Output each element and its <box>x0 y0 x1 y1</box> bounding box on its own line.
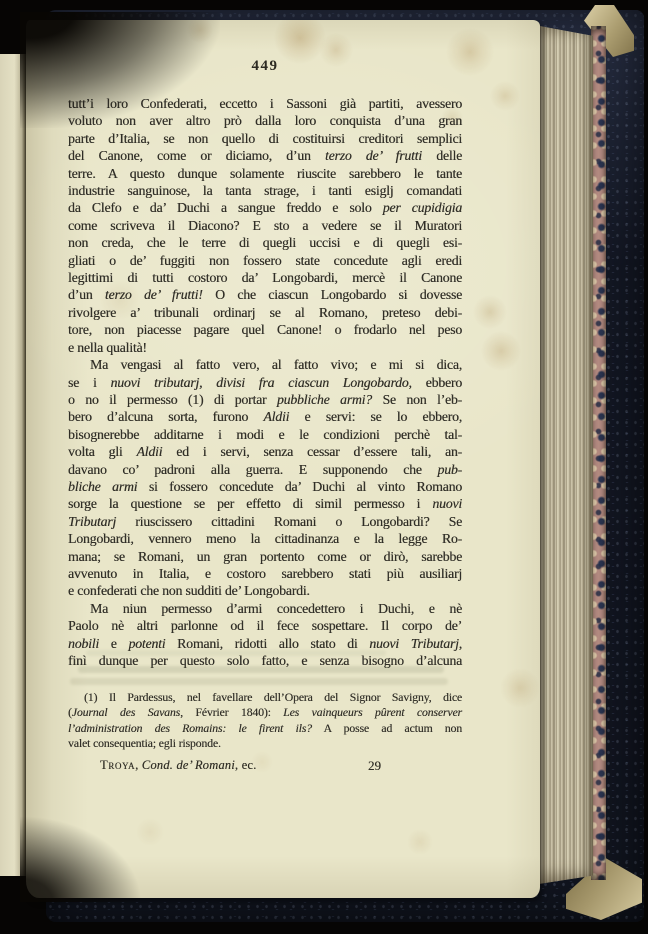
body-text: tutt’i loro Confederati, eccetto i Sasso… <box>68 95 462 669</box>
text-line: del Canone, come or diciamo, d’un terzo … <box>68 147 462 164</box>
text-line: non creda, che le terre di quegli uccisi… <box>68 234 462 251</box>
text-line: volta gli Aldii ed i servi, senza cessar… <box>68 443 462 460</box>
text-line: Longobardi, vennero meno la cittadinanza… <box>68 530 462 547</box>
text-line: tutt’i loro Confederati, eccetto i Sasso… <box>68 95 462 112</box>
page-number: 449 <box>68 58 462 75</box>
book-page: 449 tutt’i loro Confederati, eccetto i S… <box>26 20 540 898</box>
marbled-board-edge <box>591 26 606 880</box>
facing-page-edge <box>0 54 26 876</box>
text-line: d’un terzo de’ frutti! O che ciascun Lon… <box>68 286 462 303</box>
text-line: gliati o de’ fuggiti non fossero state c… <box>68 252 462 269</box>
text-line: legittimi di tutti costoro da’ Longobard… <box>68 269 462 286</box>
text-line: valet consequentia; egli risponde. <box>68 736 462 751</box>
text-line: (Journal des Savans, Février 1840): Les … <box>68 705 462 720</box>
text-line: nobili e potenti Romani, ridotti allo st… <box>68 635 462 652</box>
text-line: o no il permesso (1) di portar pubbliche… <box>68 391 462 408</box>
page-edges-stack <box>537 22 593 886</box>
text-line: Ma niun permesso d’armi concedettero i D… <box>68 600 462 617</box>
showthrough-smudge <box>70 678 448 685</box>
text-line: tore, non piacesse pagare quel Canone! o… <box>68 321 462 338</box>
text-line: e confederati che non sudditi de’ Longob… <box>68 582 462 599</box>
text-line: industrie sanguinose, la tanta strage, i… <box>68 182 462 199</box>
text-line: come scriveva il Diacono? E sto a vedere… <box>68 217 462 234</box>
text-line: finì dunque per questo solo fatto, e sen… <box>68 652 462 669</box>
text-line: parte d’Italia, se non quello di costitu… <box>68 130 462 147</box>
text-line: sorge la questione se per effetto di sim… <box>68 495 462 512</box>
sheet-number: 29 <box>368 758 381 774</box>
text-line: da Clefo e da’ Duchi a sangue freddo e s… <box>68 199 462 216</box>
text-line: (1) Il Pardessus, nel favellare dell’Ope… <box>68 690 462 705</box>
text-line: e nella qualità! <box>68 339 462 356</box>
text-line: terre. A questo dunque solamente riuscit… <box>68 165 462 182</box>
text-line: bero d’alcuna sorta, furono Aldii e serv… <box>68 408 462 425</box>
text-line: bliche armi si fossero concedute da’ Duc… <box>68 478 462 495</box>
book-photograph: 449 tutt’i loro Confederati, eccetto i S… <box>0 0 648 934</box>
text-line: davano co’ padroni alla guerra. E suppon… <box>68 461 462 478</box>
text-line: voluto non aver altro prò dalla loro con… <box>68 112 462 129</box>
text-line: bisognerebbe additarne i modi e le condi… <box>68 426 462 443</box>
signature-text: Troya, Cond. de’ Romani, ec. <box>100 758 256 773</box>
text-line: Ma vengasi al fatto vero, al fatto vivo;… <box>68 356 462 373</box>
text-line: l’administration des Romains: le firent … <box>68 721 462 736</box>
text-line: se i nuovi tributarj, divisi fra ciascun… <box>68 374 462 391</box>
footnote: (1) Il Pardessus, nel favellare dell’Ope… <box>68 690 462 751</box>
text-line: mana; se Romani, un gran portento come o… <box>68 548 462 565</box>
text-line: rivolgere a’ tribunali ordinarj se al Ro… <box>68 304 462 321</box>
text-line: avvenuto in Italia, e costoro sarebbero … <box>68 565 462 582</box>
gutter-shadow-bottom-left <box>20 810 150 902</box>
text-line: Tributarj riuscissero cittadini Romani o… <box>68 513 462 530</box>
text-line: Paolo nè altri parlonne od il fece sospe… <box>68 617 462 634</box>
signature-line: Troya, Cond. de’ Romani, ec. 29 <box>68 758 462 776</box>
